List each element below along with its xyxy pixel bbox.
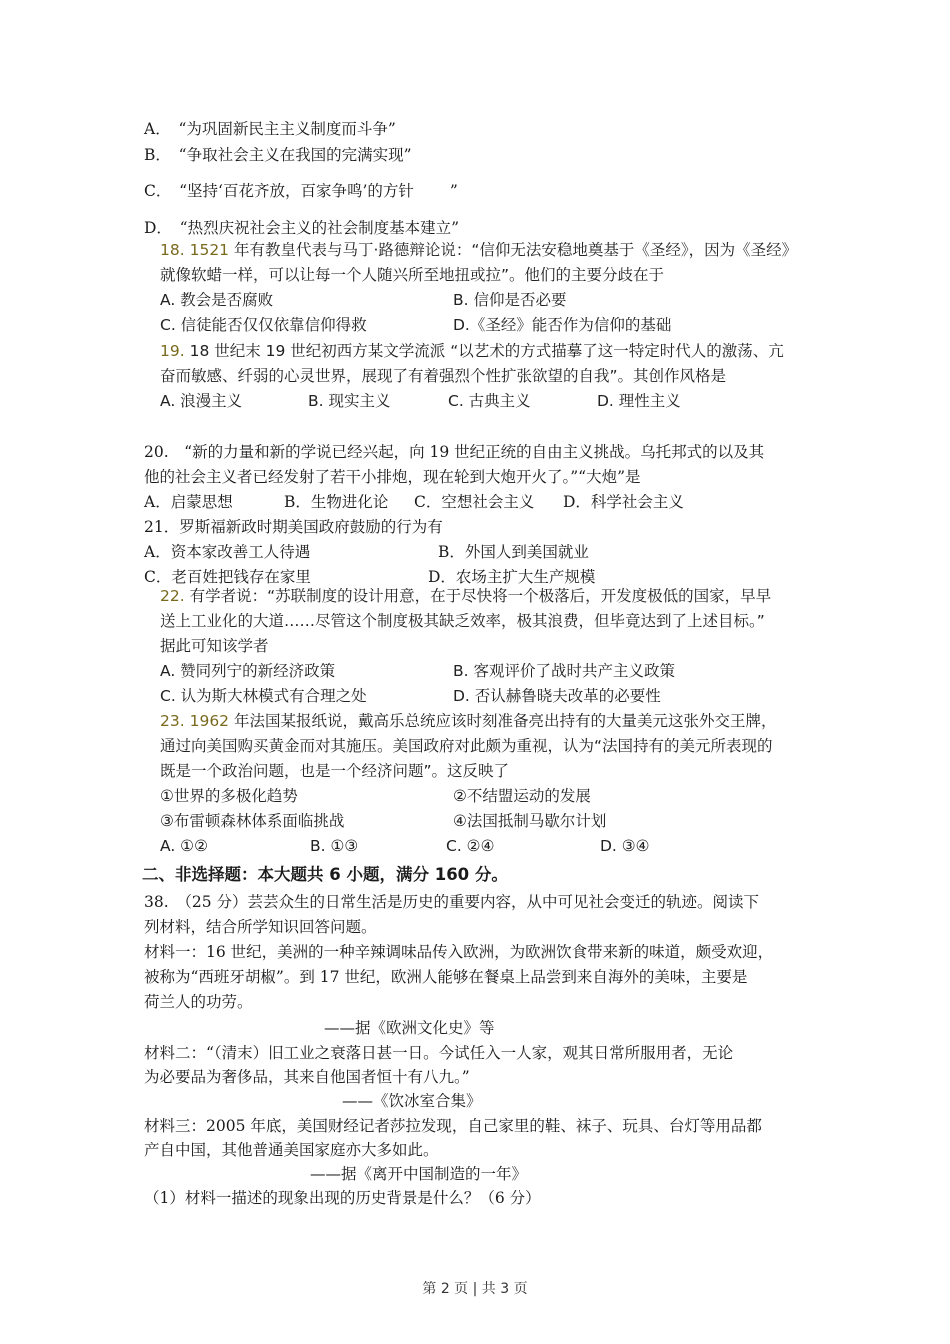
q22-option-c: C. 认为斯大林模式有合理之处 xyxy=(160,685,367,707)
q23-option-b: B. ①③ xyxy=(310,835,358,857)
material-2-line2: 为必要品为奢侈品，其来自他国者恒十有八九。” xyxy=(144,1066,470,1088)
q23-stem-line1: 23. 1962 年法国某报纸说，戴高乐总统应该时刻准备亮出持有的大量美元这张外… xyxy=(160,710,776,732)
q17-option-d: D． “热烈庆祝社会主义的社会制度基本建立” xyxy=(144,217,459,239)
q22-stem-line3: 据此可知该学者 xyxy=(160,635,269,657)
q19-text: 18 世纪末 19 世纪初西方某文学流派 “以艺术的方式描摹了这一特定时代人的激… xyxy=(185,342,784,360)
q19-number: 19. xyxy=(160,342,185,360)
q20-option-a: A．启蒙思想 xyxy=(144,491,233,513)
q19-option-c: C. 古典主义 xyxy=(448,390,531,412)
q38-stem-line2: 列材料，结合所学知识回答问题。 xyxy=(144,916,377,938)
q23-item-3: ③布雷顿森林体系面临挑战 xyxy=(160,810,344,832)
q19-option-d: D. 理性主义 xyxy=(597,390,681,412)
q19-option-a: A. 浪漫主义 xyxy=(160,390,242,412)
q38-stem-line1: 38. （25 分）芸芸众生的日常生活是历史的重要内容，从中可见社会变迁的轨迹。… xyxy=(144,891,759,913)
q23-item-4: ④法国抵制马歇尔计划 xyxy=(453,810,606,832)
material-3-source: ——据《离开中国制造的一年》 xyxy=(310,1163,527,1185)
q23-number: 23. xyxy=(160,712,185,730)
q18-option-c: C. 信徒能否仅仅依靠信仰得救 xyxy=(160,314,367,336)
q18-option-a: A. 教会是否腐败 xyxy=(160,289,273,311)
q19-option-b: B. 现实主义 xyxy=(308,390,391,412)
q20-option-c: C．空想社会主义 xyxy=(414,491,534,513)
q18-text: 年有教皇代表与马丁·路德辩论说：“信仰无法安稳地奠基于《圣经》，因为《圣经》 xyxy=(229,241,797,259)
q21-option-a: A．资本家改善工人待遇 xyxy=(144,541,310,563)
q23-option-d: D. ③④ xyxy=(600,835,650,857)
q17-option-a: A． “为巩固新民主主义制度而斗争” xyxy=(144,118,396,140)
q23-text: 年法国某报纸说，戴高乐总统应该时刻准备亮出持有的大量美元这张外交王牌， xyxy=(229,712,776,730)
q20-option-b: B．生物进化论 xyxy=(284,491,388,513)
material-2-source: ——《饮冰室合集》 xyxy=(342,1090,482,1112)
section-heading: 二、非选择题：本大题共 6 小题，满分 160 分。 xyxy=(142,864,508,886)
q38-subquestion-1: （1）材料一描述的现象出现的历史背景是什么？（6 分） xyxy=(144,1187,541,1209)
q23-option-a: A. ①② xyxy=(160,835,208,857)
q23-option-c: C. ②④ xyxy=(446,835,494,857)
q22-stem-line1: 22. 有学者说：“苏联制度的设计用意，在于尽快将一个极落后，开发度极低的国家，… xyxy=(160,585,771,607)
q18-stem-line2: 就像软蜡一样，可以让每一个人随兴所至地扭或拉”。他们的主要分歧在于 xyxy=(160,264,664,286)
q18-number: 18. xyxy=(160,241,185,259)
material-1-line1: 材料一：16 世纪，美洲的一种辛辣调味品传入欧洲，为欧洲饮食带来新的味道，颇受欢… xyxy=(144,941,773,963)
material-1-source: ——据《欧洲文化史》等 xyxy=(324,1017,495,1039)
q20-stem-line2: 他的社会主义者已经发射了若干小排炮，现在轮到大炮开火了。”“大炮”是 xyxy=(144,466,641,488)
q22-stem-line2: 送上工业化的大道……尽管这个制度极其缺乏效率，极其浪费，但毕竟达到了上述目标。” xyxy=(160,610,765,632)
q22-option-b: B. 客观评价了战时共产主义政策 xyxy=(453,660,675,682)
material-1-line3: 荷兰人的功劳。 xyxy=(144,991,253,1013)
q23-item-1: ①世界的多极化趋势 xyxy=(160,785,298,807)
q23-stem-line3: 既是一个政治问题，也是一个经济问题”。这反映了 xyxy=(160,760,509,782)
q20-option-d: D．科学社会主义 xyxy=(563,491,684,513)
q22-option-d: D. 否认赫鲁晓夫改革的必要性 xyxy=(453,685,661,707)
q23-item-2: ②不结盟运动的发展 xyxy=(453,785,591,807)
q18-year: 1521 xyxy=(190,241,229,259)
q18-option-d: D.《圣经》能否作为信仰的基础 xyxy=(453,314,671,336)
material-2-line1: 材料二：“（清末）旧工业之衰落日甚一日。今试任入一人家，观其日常所服用者，无论 xyxy=(144,1042,733,1064)
material-3-line2: 产自中国，其他普通美国家庭亦大多如此。 xyxy=(144,1139,439,1161)
q20-stem-line1: 20. “新的力量和新的学说已经兴起，向 19 世纪正统的自由主义挑战。乌托邦式… xyxy=(144,441,764,463)
q21-stem: 21．罗斯福新政时期美国政府鼓励的行为有 xyxy=(144,516,443,538)
q17-option-b: B． “争取社会主义在我国的完满实现” xyxy=(144,144,412,166)
q22-text: 有学者说：“苏联制度的设计用意，在于尽快将一个极落后，开发度极低的国家，早早 xyxy=(185,587,771,605)
q17-option-c: C． “坚持‘百花齐放，百家争鸣’的方针 ” xyxy=(144,180,458,202)
q22-number: 22. xyxy=(160,587,185,605)
q22-option-a: A. 赞同列宁的新经济政策 xyxy=(160,660,335,682)
q19-stem-line2: 奋而敏感、纤弱的心灵世界，展现了有着强烈个性扩张欲望的自我”。其创作风格是 xyxy=(160,365,726,387)
material-3-line1: 材料三：2005 年底，美国财经记者莎拉发现，自己家里的鞋、袜子、玩具、台灯等用… xyxy=(144,1115,762,1137)
material-1-line2: 被称为“西班牙胡椒”。到 17 世纪，欧洲人能够在餐桌上品尝到来自海外的美味，主… xyxy=(144,966,747,988)
q19-stem-line1: 19. 18 世纪末 19 世纪初西方某文学流派 “以艺术的方式描摹了这一特定时… xyxy=(160,340,784,362)
q18-stem-line1: 18. 1521 年有教皇代表与马丁·路德辩论说：“信仰无法安稳地奠基于《圣经》… xyxy=(160,239,797,261)
q23-year: 1962 xyxy=(190,712,229,730)
q21-option-b: B．外国人到美国就业 xyxy=(438,541,589,563)
q23-stem-line2: 通过向美国购买黄金而对其施压。美国政府对此颇为重视，认为“法国持有的美元所表现的 xyxy=(160,735,773,757)
q18-option-b: B. 信仰是否必要 xyxy=(453,289,567,311)
page-footer: 第 2 页 | 共 3 页 xyxy=(0,1278,950,1298)
